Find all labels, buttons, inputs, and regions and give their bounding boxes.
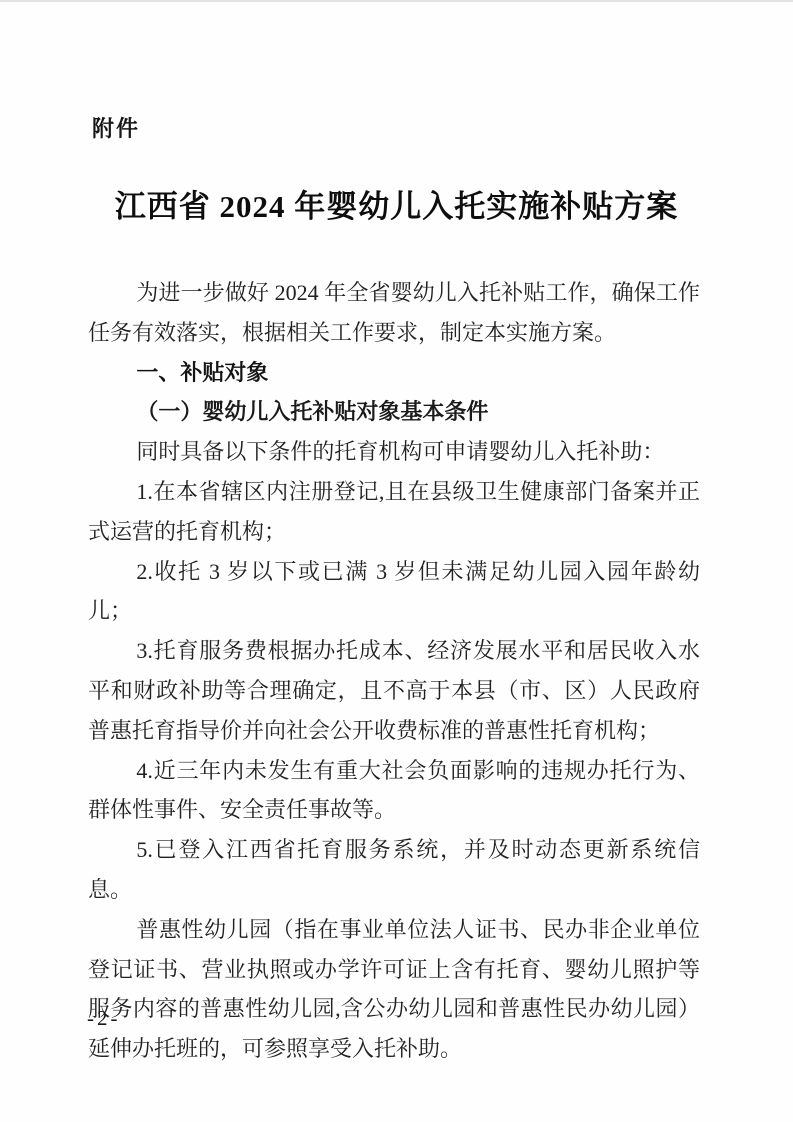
paragraph-condition-3: 3.托育服务费根据办托成本、经济发展水平和居民收入水平和财政补助等合理确定，且不… [88,631,700,750]
paragraph-condition-1: 1.在本省辖区内注册登记,且在县级卫生健康部门备案并正式运营的托育机构； [88,472,700,552]
scanned-document-page: 附件 江西省 2024 年婴幼儿入托实施补贴方案 为进一步做好 2024 年全省… [0,0,793,1122]
section-heading-subsidy-targets: 一、补贴对象 [88,353,700,393]
subsection-heading-basic-conditions: （一）婴幼儿入托补贴对象基本条件 [88,392,700,432]
paragraph-condition-5: 5.已登入江西省托育服务系统，并及时动态更新系统信息。 [88,830,700,910]
paragraph-intro: 为进一步做好 2024 年全省婴幼儿入托补贴工作，确保工作任务有效落实，根据相关… [88,273,700,353]
page-number: -2- [87,1006,121,1031]
paragraph-conditions-lead: 同时具备以下条件的托育机构可申请婴幼儿入托补助： [88,432,700,472]
document-body: 为进一步做好 2024 年全省婴幼儿入托补贴工作，确保工作任务有效落实，根据相关… [88,273,700,1069]
paragraph-condition-2: 2.收托 3 岁以下或已满 3 岁但未满足幼儿园入园年龄幼儿； [88,552,700,632]
attachment-label: 附件 [92,112,140,143]
document-title: 江西省 2024 年婴幼儿入托实施补贴方案 [0,188,793,226]
paragraph-condition-4: 4.近三年内未发生有重大社会负面影响的违规办托行为、群体性事件、安全责任事故等。 [88,751,700,831]
paragraph-kindergarten-note: 普惠性幼儿园（指在事业单位法人证书、民办非企业单位登记证书、营业执照或办学许可证… [88,910,700,1069]
